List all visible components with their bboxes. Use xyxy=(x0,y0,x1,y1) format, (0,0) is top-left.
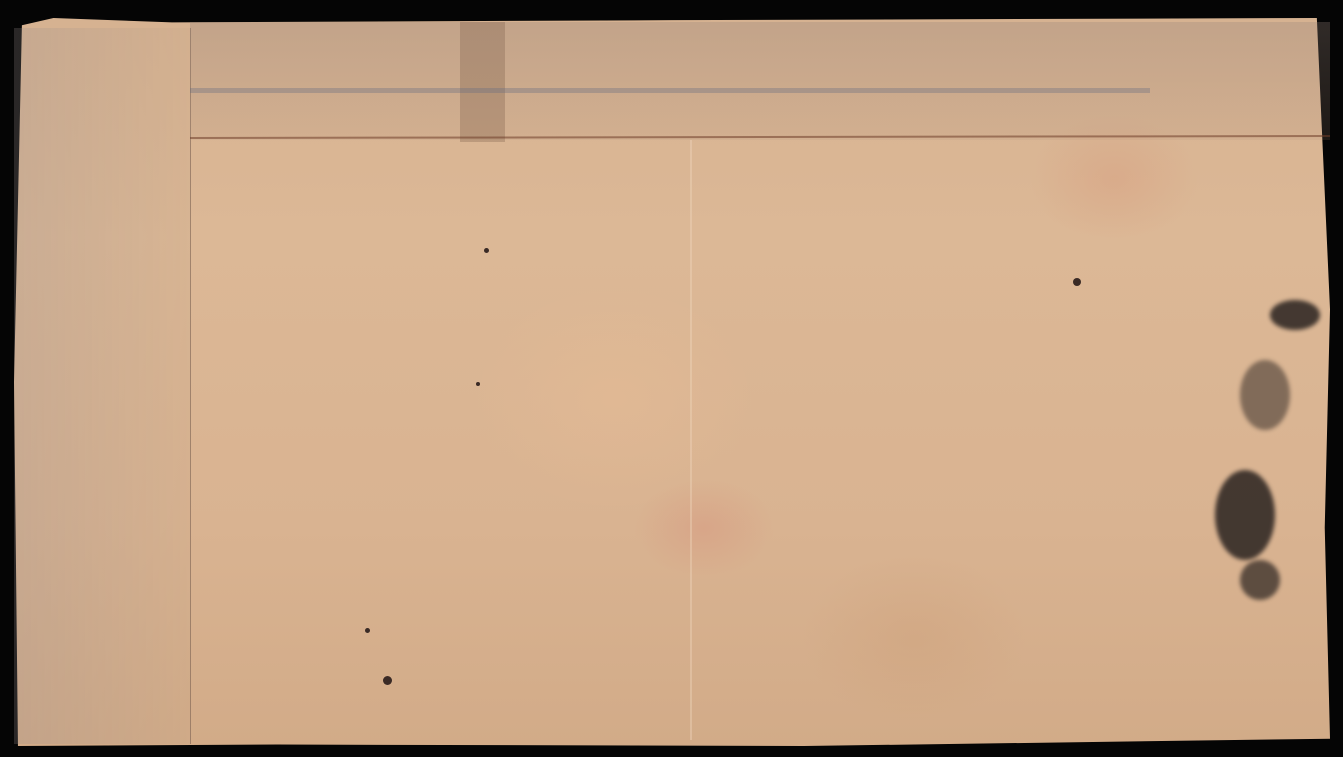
spot xyxy=(1073,278,1081,286)
spot xyxy=(383,676,392,685)
spot xyxy=(476,382,480,386)
ink-smudge xyxy=(1240,360,1290,430)
ink-smudge xyxy=(1240,560,1280,600)
pencil-line xyxy=(190,88,1150,93)
envelope-top-flap xyxy=(190,22,1330,140)
envelope-side-flap xyxy=(14,28,191,744)
spot xyxy=(484,248,489,253)
stain xyxy=(460,22,505,142)
ink-smudge xyxy=(1270,300,1320,330)
spot xyxy=(365,628,370,633)
ink-smudge xyxy=(1215,470,1275,560)
vertical-fold xyxy=(690,140,692,740)
